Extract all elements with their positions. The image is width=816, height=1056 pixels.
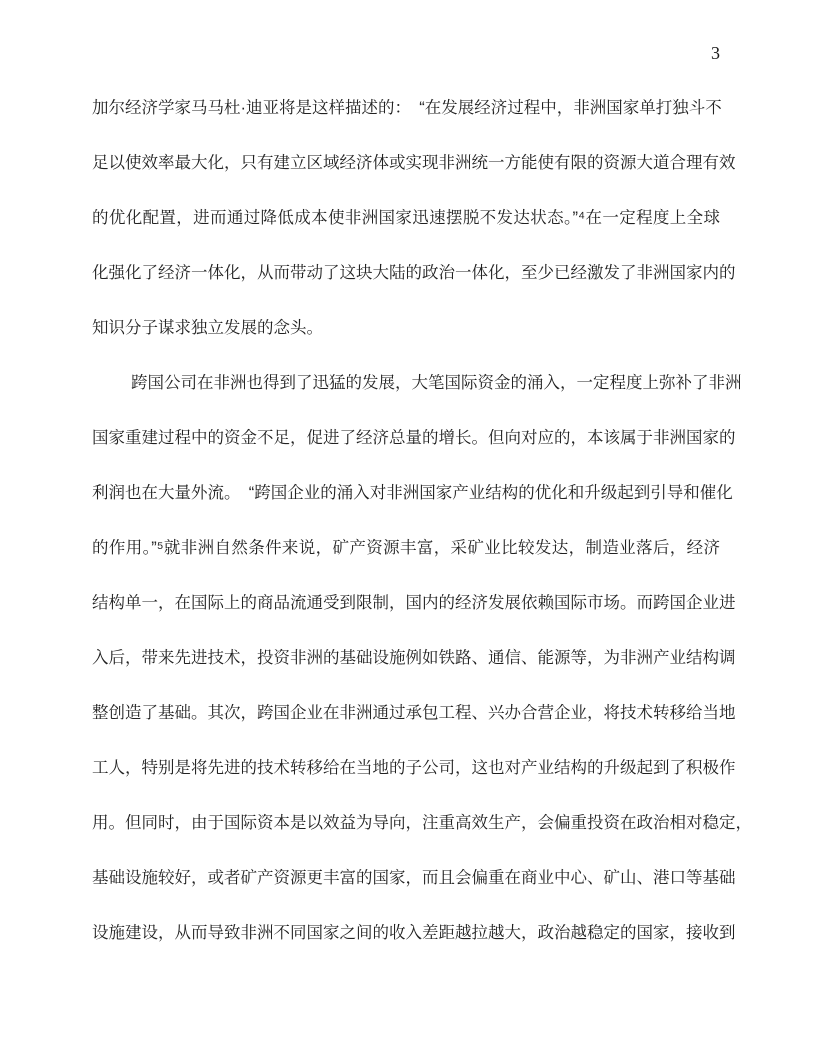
paragraph: 加尔经济学家马马杜·迪亚将是这样描述的： “在发展经济过程中，非洲国家单打独斗不…	[92, 81, 720, 356]
text-line: 的作用。”⁵就非洲自然条件来说，矿产资源丰富，采矿业比较发达，制造业落后，经济	[92, 521, 720, 576]
document-page: 3 加尔经济学家马马杜·迪亚将是这样描述的： “在发展经济过程中，非洲国家单打独…	[0, 0, 816, 1056]
text-line: 国家重建过程中的资金不足，促进了经济总量的增长。但向对应的，本该属于非洲国家的	[92, 411, 720, 466]
text-line: 知识分子谋求独立发展的念头。	[92, 301, 720, 356]
text-line: 入后，带来先进技术，投资非洲的基础设施例如铁路、通信、能源等，为非洲产业结构调	[92, 631, 720, 686]
text-line: 结构单一，在国际上的商品流通受到限制，国内的经济发展依赖国际市场。而跨国企业进	[92, 576, 720, 631]
text-line: 用。但同时，由于国际资本是以效益为导向，注重高效生产，会偏重投资在政治相对稳定，	[92, 796, 720, 851]
text-line: 的优化配置，进而通过降低成本使非洲国家迅速摆脱不发达状态。”⁴在一定程度上全球	[92, 191, 720, 246]
text-line: 工人，特别是将先进的技术转移给在当地的子公司，这也对产业结构的升级起到了积极作	[92, 741, 720, 796]
text-line: 跨国公司在非洲也得到了迅猛的发展，大笔国际资金的涌入，一定程度上弥补了非洲	[92, 356, 720, 411]
text-line: 足以使效率最大化，只有建立区域经济体或实现非洲统一方能使有限的资源大道合理有效	[92, 136, 720, 191]
text-line: 利润也在大量外流。 “跨国企业的涌入对非洲国家产业结构的优化和升级起到引导和催化	[92, 466, 720, 521]
text-line: 设施建设，从而导致非洲不同国家之间的收入差距越拉越大，政治越稳定的国家，接收到	[92, 906, 720, 961]
page-number: 3	[0, 42, 720, 64]
text-line: 整创造了基础。其次，跨国企业在非洲通过承包工程、兴办合营企业，将技术转移给当地	[92, 686, 720, 741]
text-line: 化强化了经济一体化，从而带动了这块大陆的政治一体化，至少已经激发了非洲国家内的	[92, 246, 720, 301]
paragraph: 跨国公司在非洲也得到了迅猛的发展，大笔国际资金的涌入，一定程度上弥补了非洲国家重…	[92, 356, 720, 961]
text-line: 基础设施较好，或者矿产资源更丰富的国家，而且会偏重在商业中心、矿山、港口等基础	[92, 851, 720, 906]
text-line: 加尔经济学家马马杜·迪亚将是这样描述的： “在发展经济过程中，非洲国家单打独斗不	[92, 81, 720, 136]
document-body: 加尔经济学家马马杜·迪亚将是这样描述的： “在发展经济过程中，非洲国家单打独斗不…	[92, 81, 720, 961]
